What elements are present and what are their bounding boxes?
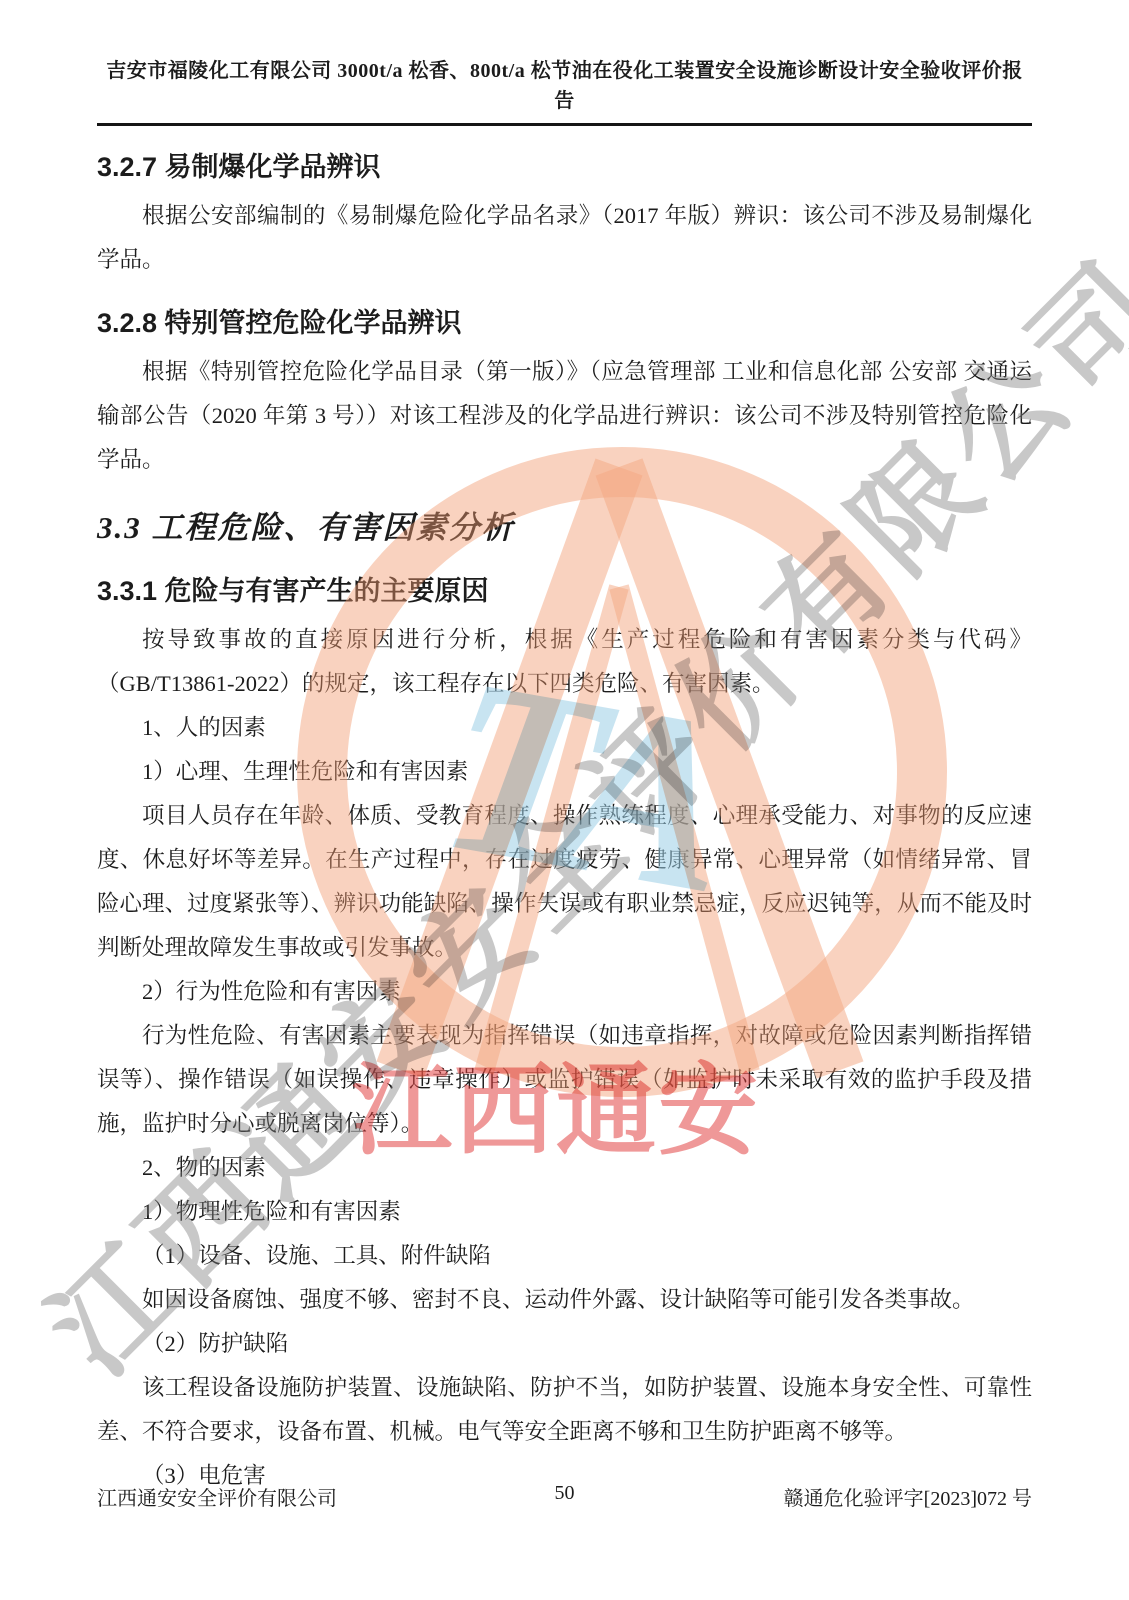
footer-company: 江西通安安全评价有限公司: [97, 1482, 337, 1511]
heading-3-2-8: 3.2.8 特别管控危险化学品辨识: [97, 304, 1032, 342]
footer-doc-number: 赣通危化验评字[2023]072 号: [784, 1482, 1032, 1511]
list-item: （1）设备、设施、工具、附件缺陷: [97, 1234, 1032, 1278]
list-item: （2）防护缺陷: [97, 1322, 1032, 1366]
footer-page-number: 50: [555, 1482, 575, 1505]
page-header-title: 吉安市福陵化工有限公司 3000t/a 松香、800t/a 松节油在役化工装置安…: [97, 0, 1032, 126]
body-paragraph: 该工程设备设施防护装置、设施缺陷、防护不当，如防护装置、设施本身安全性、可靠性差…: [97, 1366, 1032, 1454]
list-item: 1、人的因素: [97, 706, 1032, 750]
document-content: 吉安市福陵化工有限公司 3000t/a 松香、800t/a 松节油在役化工装置安…: [0, 0, 1129, 1498]
body-paragraph: 按导致事故的直接原因进行分析，根据《生产过程危险和有害因素分类与代码》（GB/T…: [97, 618, 1032, 706]
list-item: 2、物的因素: [97, 1146, 1032, 1190]
page-footer: 江西通安安全评价有限公司 50 赣通危化验评字[2023]072 号: [97, 1482, 1032, 1511]
body-paragraph: 项目人员存在年龄、体质、受教育程度、操作熟练程度、心理承受能力、对事物的反应速度…: [97, 794, 1032, 970]
heading-3-2-7: 3.2.7 易制爆化学品辨识: [97, 148, 1032, 186]
document-page: 吉安市福陵化工有限公司 3000t/a 松香、800t/a 松节油在役化工装置安…: [0, 0, 1129, 1600]
body-paragraph: 行为性危险、有害因素主要表现为指挥错误（如违章指挥，对故障或危险因素判断指挥错误…: [97, 1014, 1032, 1146]
list-item: 1）心理、生理性危险和有害因素: [97, 750, 1032, 794]
body-paragraph: 根据《特别管控危险化学品目录（第一版）》（应急管理部 工业和信息化部 公安部 交…: [97, 350, 1032, 482]
heading-3-3: 3.3 工程危险、有害因素分析: [97, 506, 1032, 550]
list-item: 1）物理性危险和有害因素: [97, 1190, 1032, 1234]
heading-3-3-1: 3.3.1 危险与有害产生的主要原因: [97, 572, 1032, 610]
body-paragraph: 根据公安部编制的《易制爆危险化学品名录》（2017 年版）辨识：该公司不涉及易制…: [97, 194, 1032, 282]
body-paragraph: 如因设备腐蚀、强度不够、密封不良、运动件外露、设计缺陷等可能引发各类事故。: [97, 1278, 1032, 1322]
list-item: 2）行为性危险和有害因素: [97, 970, 1032, 1014]
